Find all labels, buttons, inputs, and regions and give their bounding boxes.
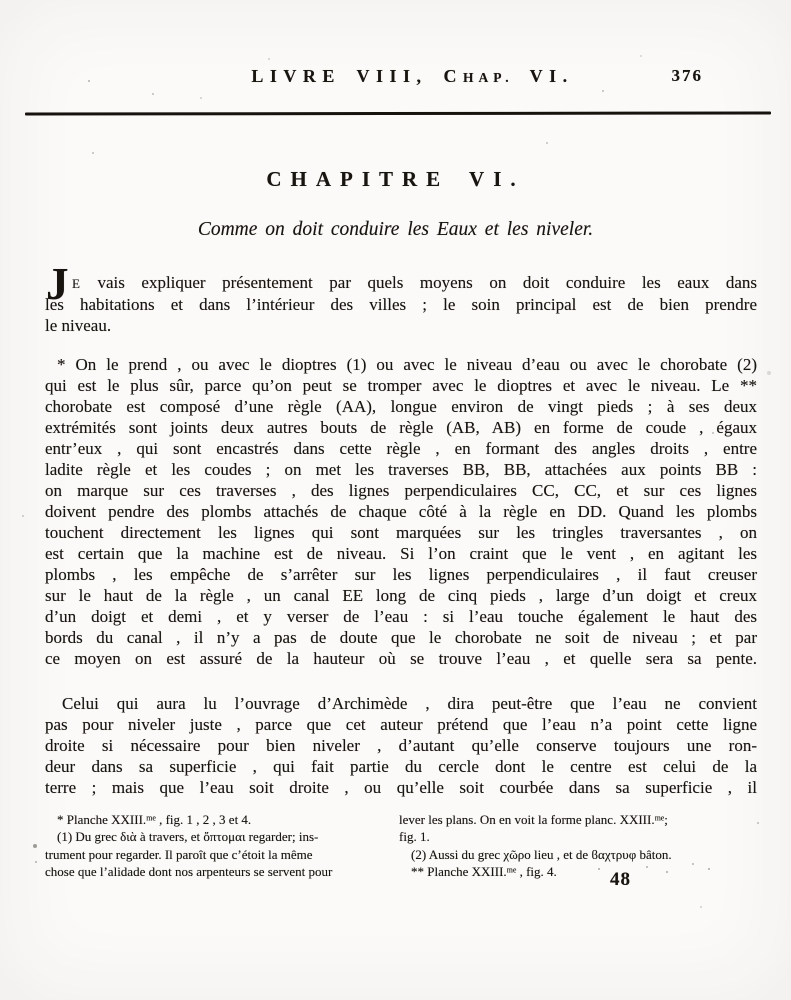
footnotes: * Planche XXIII.ᵐᵉ , fig. 1 , 2 , 3 et 4… <box>45 811 757 881</box>
text-line: doivent pendre des plombs attachés de ch… <box>45 501 757 522</box>
text-line: est certain que la machine est de niveau… <box>45 543 757 564</box>
paragraph-1: E vais expliquer présentement par quels … <box>45 272 757 336</box>
text-line: les habitations et dans l’intérieur des … <box>45 294 757 315</box>
footnote-right-column: lever les plans. On en voit la forme pla… <box>399 811 757 881</box>
page-number: 376 <box>672 66 704 86</box>
signature-mark: 48 <box>610 869 631 891</box>
footnote-line: chose que l’alidade dont nos arpenteurs … <box>45 863 385 880</box>
text-line: terre ; mais que l’eau soit droite , ou … <box>45 777 757 798</box>
text-line: deur dans sa superficie , qui fait parti… <box>45 756 757 777</box>
text-line: le niveau. <box>45 315 757 336</box>
text-line: ce moyen on est assuré de la hauteur où … <box>45 648 757 669</box>
header-rule <box>25 111 771 115</box>
text-span: vais expliquer présentement par quels mo… <box>97 273 757 292</box>
text-line: * On le prend , ou avec le dioptres (1) … <box>45 354 757 375</box>
text-line: sur le haut de la règle , un canal EE lo… <box>45 585 757 606</box>
footnote-line: (1) Du grec διὰ à travers, et ὄπτομαι re… <box>45 828 385 845</box>
text-line: chorobate est composé d’une règle (AA), … <box>45 396 757 417</box>
chapter-heading: CHAPITRE VI. <box>0 167 791 192</box>
text-line: Celui qui aura lu l’ouvrage d’Archimède … <box>45 693 757 714</box>
running-title-part2: HAP. <box>463 70 514 85</box>
text-line: qui est le plus sûr, parce qu’on peut se… <box>45 375 757 396</box>
text-line: ladite règle et les coudes ; on met les … <box>45 459 757 480</box>
text-line: entr’eux , qui sont encastrés dans cette… <box>45 438 757 459</box>
text-line: extrémités sont joints deux autres bouts… <box>45 417 757 438</box>
footnote-line: lever les plans. On en voit la forme pla… <box>399 811 757 828</box>
text-line: droite si nécessaire pour bien niveler ,… <box>45 735 757 756</box>
paragraph-3: Celui qui aura lu l’ouvrage d’Archimède … <box>45 693 757 798</box>
footnote-line: (2) Aussi du grec χῶρο lieu , et de ϐαχτ… <box>399 846 757 863</box>
text-line: d’un doigt et demi , et y verser de l’ea… <box>45 606 757 627</box>
paragraph-2: * On le prend , ou avec le dioptres (1) … <box>45 354 757 669</box>
book-page: LIVRE VIII, CHAP.VI. 376 CHAPITRE VI. Co… <box>0 0 791 1000</box>
footnote-line: trument pour regarder. Il paroît que c’é… <box>45 846 385 863</box>
page-header: LIVRE VIII, CHAP.VI. 376 <box>0 66 791 87</box>
footnote-line: ** Planche XXIII.ᵐᵉ , fig. 4. <box>399 863 757 880</box>
running-title-part1: LIVRE VIII, C <box>251 66 463 86</box>
chapter-subtitle: Comme on doit conduire les Eaux et les n… <box>0 219 791 241</box>
text-line: pas pour niveler juste , parce que cet a… <box>45 714 757 735</box>
small-cap: E <box>72 276 81 291</box>
text-line: on marque sur ces traverses , des lignes… <box>45 480 757 501</box>
running-title-part3: VI. <box>530 66 574 86</box>
text-line: bords du canal , il n’y a pas de doute q… <box>45 627 757 648</box>
text-line: E vais expliquer présentement par quels … <box>45 272 757 294</box>
text-line: plombs , les empêche de s’arrêter sur le… <box>45 564 757 585</box>
footnote-left-column: * Planche XXIII.ᵐᵉ , fig. 1 , 2 , 3 et 4… <box>45 811 385 881</box>
text-line: touchent directement les lignes qui sont… <box>45 522 757 543</box>
footnote-line: fig. 1. <box>399 828 757 845</box>
footnote-line: * Planche XXIII.ᵐᵉ , fig. 1 , 2 , 3 et 4… <box>45 811 385 828</box>
scan-noise <box>0 0 2 2</box>
